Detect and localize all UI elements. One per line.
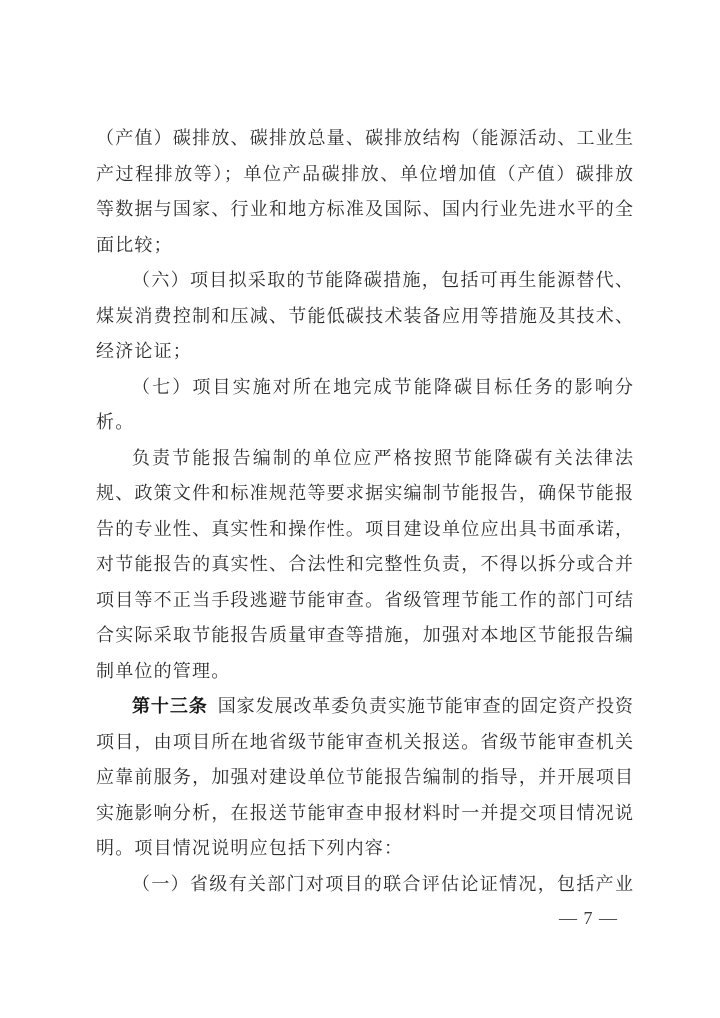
text-line: 告的专业性、真实性和操作性。项目建设单位应出具书面承诺， [96,512,633,548]
text-line: （七）项目实施对所在地完成节能降碳目标任务的影响分 [96,370,633,406]
text-line: 制单位的管理。 [96,654,633,690]
text-line: 产过程排放等）；单位产品碳排放、单位增加值（产值）碳排放 [96,157,633,193]
text-line: 明。项目情况说明应包括下列内容： [96,831,633,867]
page-number: — 7 — [559,906,618,930]
text-line: 面比较； [96,228,633,264]
text-line: 合实际采取节能报告质量审查等措施，加强对本地区节能报告编 [96,618,633,654]
text-line: 项目，由项目所在地省级节能审查机关报送。省级节能审查机关 [96,725,633,761]
article-text: 国家发展改革委负责实施节能审查的固定资产投资 [218,696,633,716]
text-line: （产值）碳排放、碳排放总量、碳排放结构（能源活动、工业生 [96,121,633,157]
document-page: （产值）碳排放、碳排放总量、碳排放结构（能源活动、工业生 产过程排放等）；单位产… [0,0,720,1018]
text-line: （一）省级有关部门对项目的联合评估论证情况，包括产业 [96,867,633,903]
text-line: 项目等不正当手段逃避节能审查。省级管理节能工作的部门可结 [96,583,633,619]
text-line: 实施影响分析，在报送节能审查申报材料时一并提交项目情况说 [96,796,633,832]
text-line: 煤炭消费控制和压减、节能低碳技术装备应用等措施及其技术、 [96,299,633,335]
text-line: 应靠前服务，加强对建设单位节能报告编制的指导，并开展项目 [96,760,633,796]
text-line: 等数据与国家、行业和地方标准及国际、国内行业先进水平的全 [96,192,633,228]
text-line: 规、政策文件和标准规范等要求据实编制节能报告，确保节能报 [96,476,633,512]
text-line: （六）项目拟采取的节能降碳措施，包括可再生能源替代、 [96,263,633,299]
text-line: 负责节能报告编制的单位应严格按照节能降碳有关法律法 [96,441,633,477]
text-line: 经济论证； [96,334,633,370]
article-number-term: 第十三条 [132,696,208,716]
text-line: 第十三条国家发展改革委负责实施节能审查的固定资产投资 [96,689,633,725]
text-line: 析。 [96,405,633,441]
document-body: （产值）碳排放、碳排放总量、碳排放结构（能源活动、工业生 产过程排放等）；单位产… [96,121,633,902]
text-line: 对节能报告的真实性、合法性和完整性负责，不得以拆分或合并 [96,547,633,583]
